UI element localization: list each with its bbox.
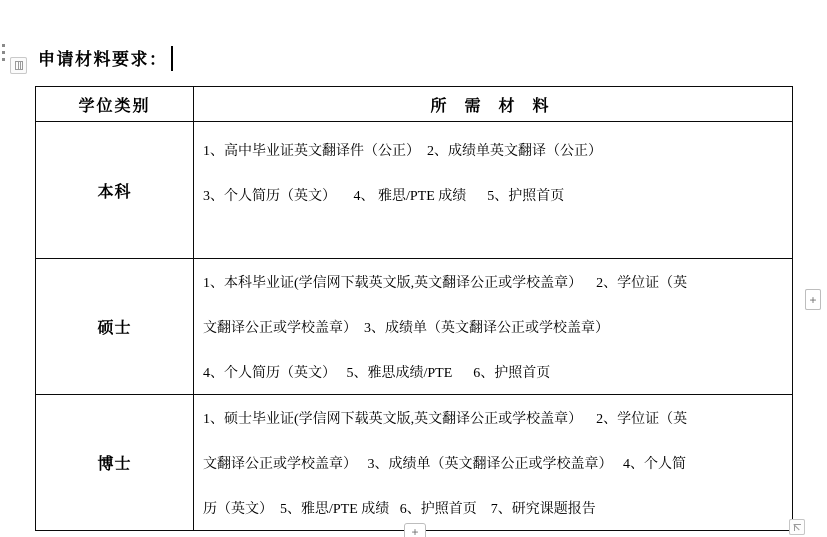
materials-line: 历（英文） 5、雅思/PTE 成绩 6、护照首页 7、研究课题报告 (203, 485, 790, 530)
cell-materials-doctor[interactable]: 1、硕士毕业证(学信网下载英文版,英文翻译公正或学校盖章） 2、学位证（英 文翻… (194, 395, 793, 531)
materials-line: 1、高中毕业证英文翻译件（公正） 2、成绩单英文翻译（公正） (203, 127, 790, 172)
table-grid-icon (15, 61, 23, 70)
table-row-bachelor: 本科 1、高中毕业证英文翻译件（公正） 2、成绩单英文翻译（公正） 3、个人简历… (36, 122, 793, 259)
table-row-doctor: 博士 1、硕士毕业证(学信网下载英文版,英文翻译公正或学校盖章） 2、学位证（英… (36, 395, 793, 531)
materials-table: 学位类别 所 需 材 料 本科 1、高中毕业证英文翻译件（公正） 2、成绩单英文… (35, 86, 793, 531)
grip-dots-icon (2, 44, 6, 61)
cell-materials-bachelor[interactable]: 1、高中毕业证英文翻译件（公正） 2、成绩单英文翻译（公正） 3、个人简历（英文… (194, 122, 793, 259)
page-title[interactable]: 申请材料要求： (38, 45, 173, 71)
materials-line: 3、个人简历（英文） 4、 雅思/PTE 成绩 5、护照首页 (203, 172, 790, 217)
document-page: 申请材料要求： 学位类别 所 需 材 料 本科 1、高中毕业证英文翻译件（公正）… (0, 0, 827, 537)
cell-category-bachelor[interactable]: 本科 (36, 122, 194, 259)
materials-line: 文翻译公正或学校盖章） 3、成绩单（英文翻译公正或学校盖章） 4、个人简 (203, 440, 790, 485)
materials-line: 文翻译公正或学校盖章） 3、成绩单（英文翻译公正或学校盖章） (203, 304, 790, 349)
table-resize-handle[interactable] (789, 519, 805, 535)
text-cursor (171, 46, 173, 71)
cell-category-master[interactable]: 硕士 (36, 259, 194, 395)
table-header-row: 学位类别 所 需 材 料 (36, 87, 793, 122)
materials-line: 4、个人简历（英文） 5、雅思成绩/PTE 6、护照首页 (203, 349, 790, 394)
cell-materials-master[interactable]: 1、本科毕业证(学信网下载英文版,英文翻译公正或学校盖章） 2、学位证（英 文翻… (194, 259, 793, 395)
materials-line: 1、本科毕业证(学信网下载英文版,英文翻译公正或学校盖章） 2、学位证（英 (203, 259, 790, 304)
table-select-handle[interactable] (10, 57, 27, 74)
header-cell-required-materials[interactable]: 所 需 材 料 (194, 87, 793, 122)
table-row-master: 硕士 1、本科毕业证(学信网下载英文版,英文翻译公正或学校盖章） 2、学位证（英… (36, 259, 793, 395)
page-title-text: 申请材料要求： (38, 50, 168, 69)
materials-line: 1、硕士毕业证(学信网下载英文版,英文翻译公正或学校盖章） 2、学位证（英 (203, 395, 790, 440)
cell-category-doctor[interactable]: 博士 (36, 395, 194, 531)
insert-row-button[interactable]: + (404, 523, 426, 537)
header-cell-degree-type[interactable]: 学位类别 (36, 87, 194, 122)
insert-column-button[interactable]: + (805, 289, 821, 310)
